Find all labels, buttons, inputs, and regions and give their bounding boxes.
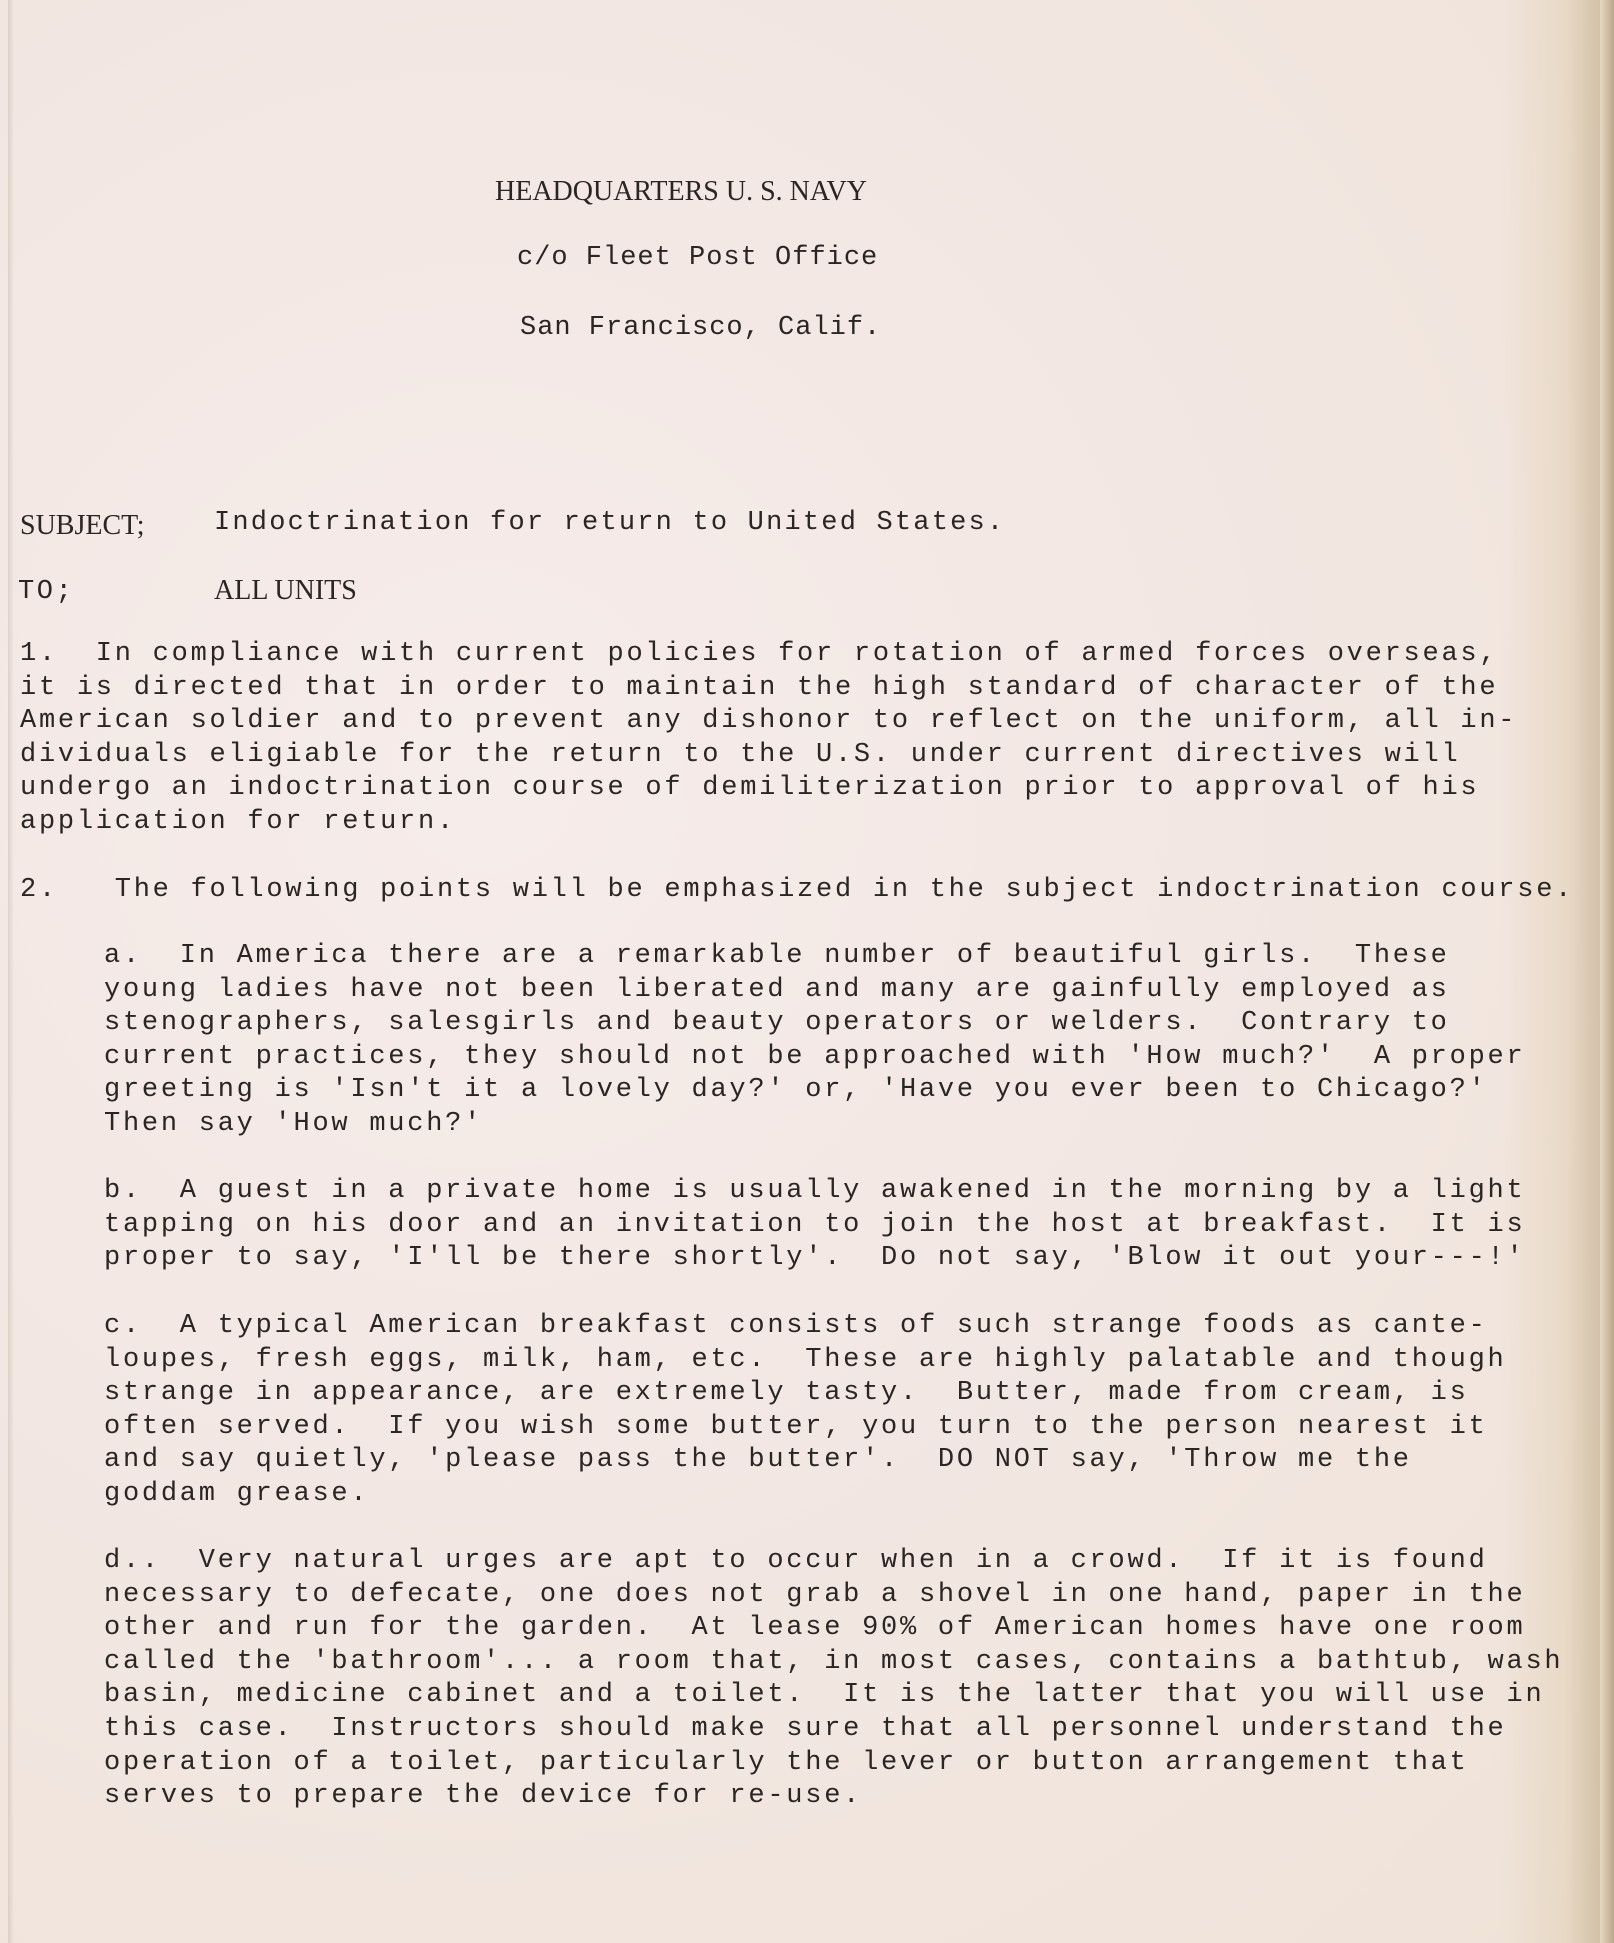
text-line: greeting is 'Isn't it a lovely day?' or,… [104, 1074, 1525, 1108]
text-line: 2. The following points will be emphasiz… [20, 874, 1574, 908]
text-line: goddam grease. [104, 1478, 1507, 1512]
letterhead-headquarters: HEADQUARTERS U. S. NAVY [495, 176, 1614, 208]
item-a: a. In America there are a remarkable num… [104, 940, 1525, 1142]
text-line: Then say 'How much?' [104, 1108, 1525, 1142]
text-line: a. In America there are a remarkable num… [104, 940, 1525, 974]
paragraph-2: 2. The following points will be emphasiz… [20, 874, 1574, 908]
text-line: current practices, they should not be ap… [104, 1041, 1525, 1075]
paper-fold-shadow [8, 0, 14, 1943]
text-line: 1. In compliance with current policies f… [20, 638, 1517, 672]
text-line: proper to say, 'I'll be there shortly'. … [104, 1242, 1525, 1276]
text-line: d.. Very natural urges are apt to occur … [104, 1545, 1563, 1579]
text-line: tapping on his door and an invitation to… [104, 1209, 1525, 1243]
text-line: necessary to defecate, one does not grab… [104, 1579, 1563, 1613]
text-line: loupes, fresh eggs, milk, ham, etc. Thes… [104, 1344, 1507, 1378]
text-line: b. A guest in a private home is usually … [104, 1175, 1525, 1209]
text-line: basin, medicine cabinet and a toilet. It… [104, 1679, 1563, 1713]
paper-edge [1600, 0, 1614, 1943]
text-line: stenographers, salesgirls and beauty ope… [104, 1007, 1525, 1041]
text-line: American soldier and to prevent any dish… [20, 705, 1517, 739]
text-line: c. A typical American breakfast consists… [104, 1310, 1507, 1344]
text-line: undergo an indoctrination course of demi… [20, 772, 1517, 806]
text-line: called the 'bathroom'... a room that, in… [104, 1646, 1563, 1680]
text-line: strange in appearance, are extremely tas… [104, 1377, 1507, 1411]
to-label: TO; [18, 577, 74, 607]
letterhead-city: San Francisco, Calif. [520, 313, 1614, 343]
text-line: operation of a toilet, particularly the … [104, 1747, 1563, 1781]
item-c: c. A typical American breakfast consists… [104, 1310, 1507, 1512]
item-b: b. A guest in a private home is usually … [104, 1175, 1525, 1276]
text-line: dividuals eligiable for the return to th… [20, 739, 1517, 773]
document-page: HEADQUARTERS U. S. NAVY c/o Fleet Post O… [0, 0, 1614, 1943]
paragraph-1: 1. In compliance with current policies f… [20, 638, 1517, 840]
text-line: serves to prepare the device for re-use. [104, 1780, 1563, 1814]
letterhead-post-office: c/o Fleet Post Office [517, 243, 1614, 273]
text-line: it is directed that in order to maintain… [20, 672, 1517, 706]
text-line: application for return. [20, 806, 1517, 840]
text-line: other and run for the garden. At lease 9… [104, 1612, 1563, 1646]
subject-text: Indoctrination for return to United Stat… [214, 508, 1005, 538]
item-d: d.. Very natural urges are apt to occur … [104, 1545, 1563, 1814]
subject-label: SUBJECT; [20, 510, 144, 542]
text-line: young ladies have not been liberated and… [104, 974, 1525, 1008]
text-line: often served. If you wish some butter, y… [104, 1411, 1507, 1445]
text-line: this case. Instructors should make sure … [104, 1713, 1563, 1747]
to-text: ALL UNITS [214, 575, 357, 607]
text-line: and say quietly, 'please pass the butter… [104, 1444, 1507, 1478]
